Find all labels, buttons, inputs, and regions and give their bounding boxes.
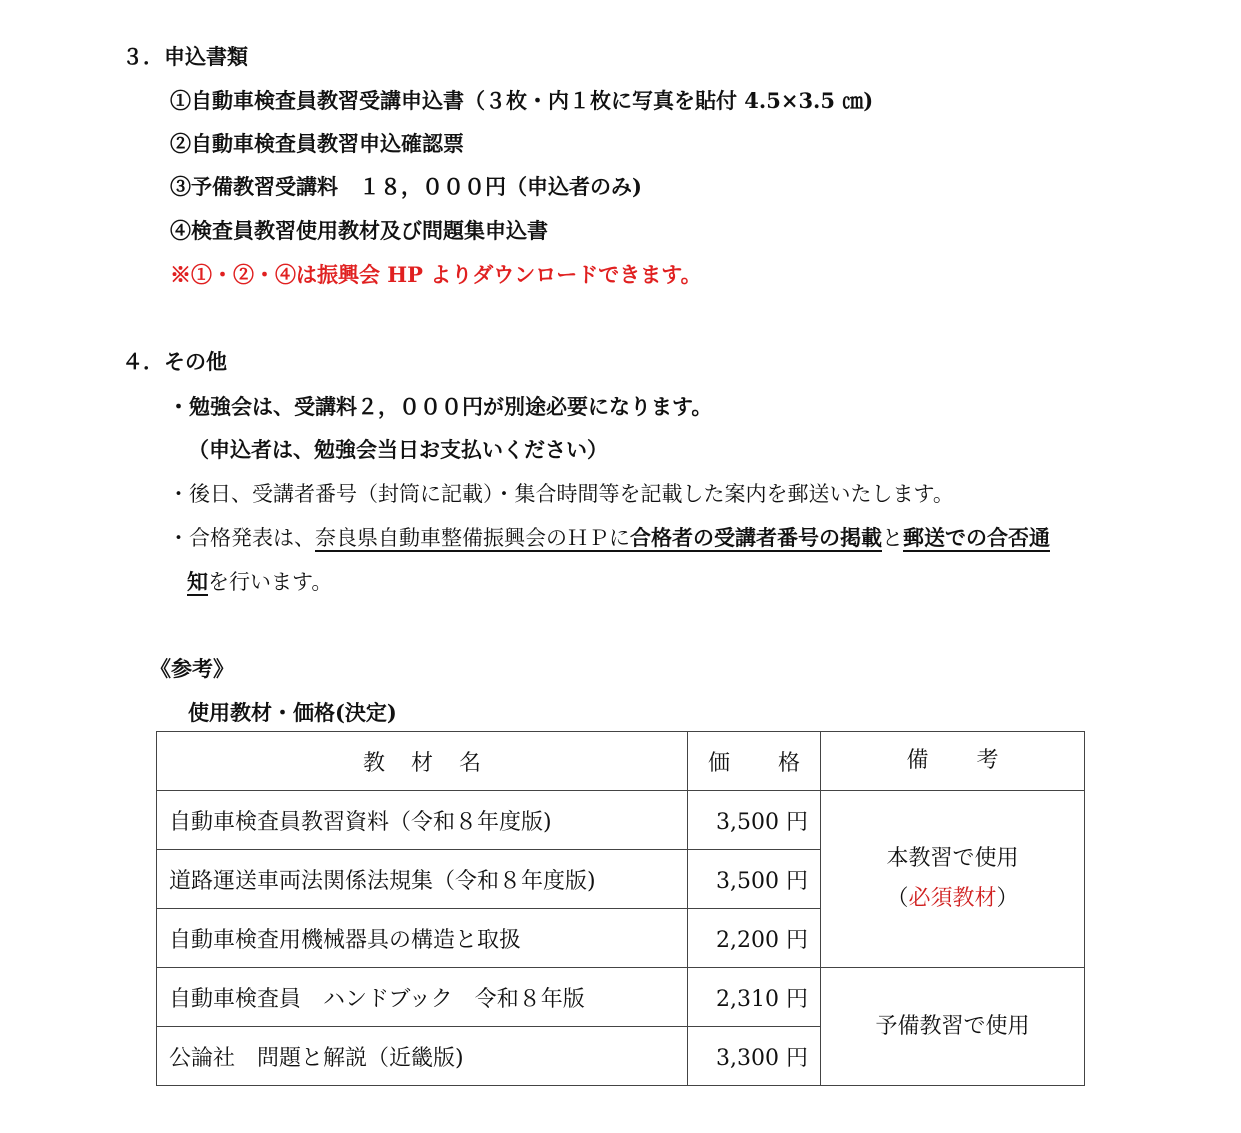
mailing-notice: ・後日、受講者番号（封筒に記載）・集合時間等を記載した案内を郵送いたします。 [168, 480, 954, 508]
material-price: 2,310 円 [688, 968, 821, 1027]
header-price: 価格 [688, 732, 821, 791]
study-session-payment-note: （申込者は、勉強会当日お支払いください） [188, 436, 608, 464]
mail-notification-part-2: 知 [187, 569, 208, 594]
material-name: 自動車検査員教習資料（令和８年度版) [157, 791, 688, 850]
section-4-heading: ４．その他 [122, 348, 227, 376]
material-price: 3,500 円 [688, 791, 821, 850]
table-row: 自動車検査員 ハンドブック 令和８年版 2,310 円 予備教習で使用 [157, 968, 1085, 1027]
material-name: 自動車検査用機械器具の構造と取扱 [157, 909, 688, 968]
reference-heading: 《参考》 [150, 655, 234, 683]
material-name: 道路運送車両法関係法規集（令和８年度版) [157, 850, 688, 909]
pass-announcement-suffix: を行います。 [208, 570, 332, 594]
pass-announcement-line-2: 知を行います。 [187, 568, 332, 596]
document-item-3: ③予備教習受講料 １８，０００円（申込者のみ) [170, 173, 642, 201]
study-session-fee-note: ・勉強会は、受講料２，０００円が別途必要になります。 [168, 393, 712, 421]
material-price: 3,500 円 [688, 850, 821, 909]
association-hp-text: 奈良県自動車整備振興会のＨＰに [315, 526, 630, 550]
header-material-name: 教材名 [157, 732, 688, 791]
section-3-heading: ３．申込書類 [122, 43, 248, 71]
material-price: 2,200 円 [688, 909, 821, 968]
header-remarks: 備考 [821, 732, 1085, 791]
material-name: 公論社 問題と解説（近畿版) [157, 1027, 688, 1086]
table-header-row: 教材名 価格 備考 [157, 732, 1085, 791]
pass-announcement-line-1: ・合格発表は、奈良県自動車整備振興会のＨＰに合格者の受講者番号の掲載と郵送での合… [168, 524, 1050, 552]
document-item-2: ②自動車検査員教習申込確認票 [170, 130, 464, 158]
mail-notification-part-1: 郵送での合否通 [903, 525, 1050, 550]
connector-text: と [882, 526, 903, 550]
required-material-label: （必須教材） [833, 879, 1072, 919]
material-price: 3,300 円 [688, 1027, 821, 1086]
material-name: 自動車検査員 ハンドブック 令和８年版 [157, 968, 688, 1027]
main-course-usage: 本教習で使用 [833, 839, 1072, 879]
download-note: ※①・②・④は振興会 HP よりダウンロードできます。 [170, 261, 702, 289]
document-item-1: ①自動車検査員教習受講申込書（３枚・内１枚に写真を貼付 4.5×3.5 ㎝) [170, 87, 873, 115]
materials-subtitle: 使用教材・価格(決定) [188, 699, 397, 727]
document-item-4: ④検査員教習使用教材及び問題集申込書 [170, 217, 548, 245]
materials-price-table: 教材名 価格 備考 自動車検査員教習資料（令和８年度版) 3,500 円 本教習… [156, 731, 1085, 1086]
pass-announcement-prefix: ・合格発表は、 [168, 526, 315, 550]
pass-number-publication: 合格者の受講者番号の掲載 [630, 525, 882, 550]
prep-course-remark: 予備教習で使用 [821, 968, 1085, 1086]
table-row: 自動車検査員教習資料（令和８年度版) 3,500 円 本教習で使用 （必須教材） [157, 791, 1085, 850]
main-course-remark: 本教習で使用 （必須教材） [821, 791, 1085, 968]
